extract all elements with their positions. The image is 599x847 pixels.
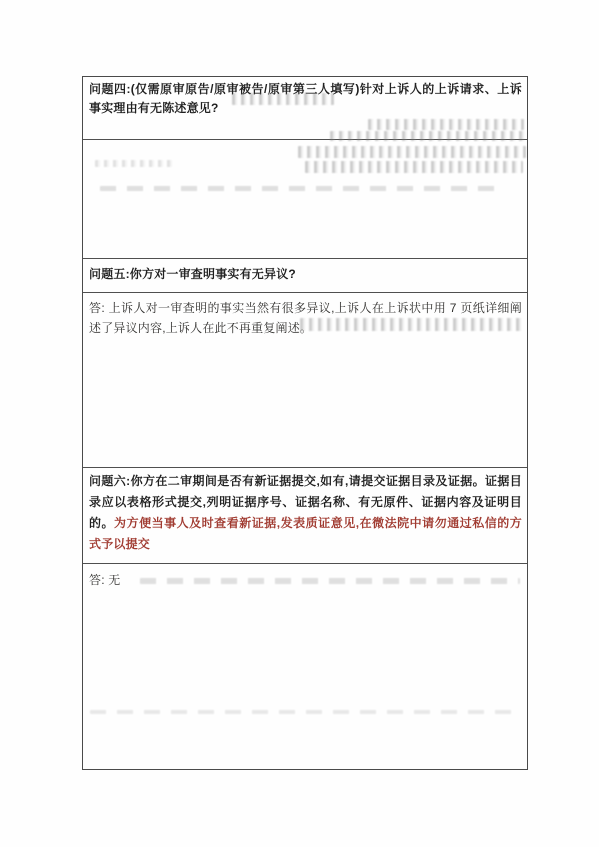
question-6-red-notice: 为方便当事人及时查看新证据,发表质证意见,在微法院中请勿通过私信的方式予以提交 <box>89 516 522 551</box>
question-4-answer-cell <box>83 140 527 259</box>
question-5-text: 问题五:你方对一审查明事实有无异议? <box>89 265 522 284</box>
questionnaire-table: 问题四:(仅需原审原告/原审被告/原审第三人填写)针对上诉人的上诉请求、上诉事实… <box>82 76 528 770</box>
scanned-document-page: 问题四:(仅需原审原告/原审被告/原审第三人填写)针对上诉人的上诉请求、上诉事实… <box>0 0 599 847</box>
question-5-answer-cell: 答: 上诉人对一审查明的事实当然有很多异议,上诉人在上诉状中用 7 页纸详细阐述… <box>83 293 527 468</box>
question-4-cell: 问题四:(仅需原审原告/原审被告/原审第三人填写)针对上诉人的上诉请求、上诉事实… <box>83 77 527 140</box>
question-6-cell: 问题六:你方在二审期间是否有新证据提交,如有,请提交证据目录及证据。证据目录应以… <box>83 468 527 564</box>
question-5-answer-text: 答: 上诉人对一审查明的事实当然有很多异议,上诉人在上诉状中用 7 页纸详细阐述… <box>89 298 522 338</box>
question-6-answer-text: 答: 无 <box>89 570 522 590</box>
question-5-cell: 问题五:你方对一审查明事实有无异议? <box>83 259 527 293</box>
question-4-text: 问题四:(仅需原审原告/原审被告/原审第三人填写)针对上诉人的上诉请求、上诉事实… <box>89 80 522 118</box>
question-6-answer-cell: 答: 无 <box>83 564 527 769</box>
question-6-text: 问题六:你方在二审期间是否有新证据提交,如有,请提交证据目录及证据。证据目录应以… <box>89 471 522 555</box>
